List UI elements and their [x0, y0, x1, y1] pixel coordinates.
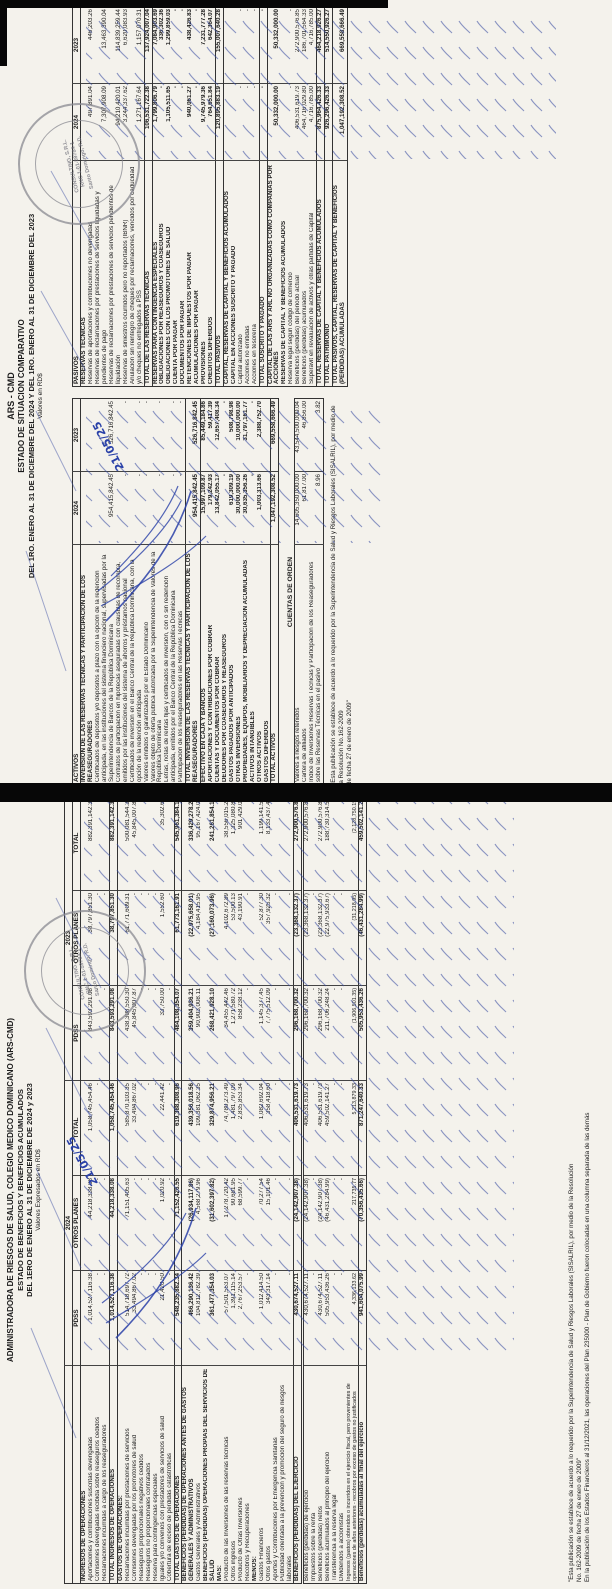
row-label: Participación de los reaseguradores en l…	[178, 545, 185, 785]
total-2023: 35,302.60	[160, 796, 167, 891]
pdss-2023: -	[153, 986, 160, 1081]
footnote-line2: No. 162-2009 de fecha 27 de enero de 200…	[576, 802, 584, 1582]
row-label: RESERVAS DE CAPITAL Y BENEFICIOS ACUMULA…	[281, 161, 288, 387]
cuentas-orden-row: Cartera de afiliados 61,817.00 46,856.00	[302, 399, 309, 785]
pdss-2024	[252, 1271, 259, 1366]
row-label: Dividendos a accionistas	[339, 1366, 346, 1584]
row-label: BENEFICIOS (PERDIDAS) OPERACIONES PROPIA…	[203, 1366, 217, 1584]
otros-2024: -	[167, 1176, 174, 1271]
total-2023: -	[146, 796, 153, 891]
value-2024: 120,895,883.19	[215, 84, 223, 161]
row-label: TOTAL GASTOS DE OPERACIONES	[174, 1366, 182, 1584]
income-row: BENEFICIOS (PERDIDAS) DEL EJERCICIO 430,…	[294, 796, 303, 1584]
income-row: BENEFICIOS (PERDIDAS) DE OPERACIONES ANT…	[182, 796, 196, 1584]
value-2023	[223, 7, 230, 84]
value-2024: -	[116, 472, 130, 545]
value-2023: 4,716,785.00	[309, 7, 316, 84]
value-2023: 114,839,259.44	[109, 7, 123, 84]
pdss-2023: 1,145,377.45	[259, 986, 266, 1081]
value-2023	[264, 399, 271, 472]
income-row: BENEFICIOS (PERDIDAS) OPERACIONES PROPIA…	[203, 796, 217, 1584]
pdss-2024	[118, 1271, 125, 1366]
total-2024: 1,058,745,454.46	[110, 1081, 118, 1176]
activos-col-2023: 2023	[73, 399, 81, 472]
income-row: Comisiones devengadas por los promotores…	[132, 796, 139, 1584]
pdss-2023: 7,775,512.09	[266, 986, 273, 1081]
row-label: TOTAL RESERVAS DE CAPITAL Y BENEFICIOS A…	[317, 161, 325, 387]
total-2023	[118, 796, 125, 891]
pdss-2024: 343,317.14	[266, 1271, 273, 1366]
scan-artifact-separator	[0, 783, 612, 802]
row-label: ACUMULACIONES POR PAGAR	[194, 161, 201, 387]
total-2023: 272,900,576.85	[303, 796, 311, 891]
row-label: Reaseguros proporcionales negativos cedi…	[139, 1366, 146, 1584]
row-label: CUENTA POR PAGAR	[173, 161, 180, 387]
pdss-2023: -	[339, 986, 346, 1081]
cuentas-orden-table: Valores a riesgos retenidos 14,605,350,0…	[294, 398, 324, 785]
row-label: TOTAL INGRESOS DE OPERACIONES	[110, 1366, 118, 1584]
row-label: PROVISIONES	[201, 161, 208, 387]
otros-2024: -	[339, 1176, 346, 1271]
row-label: Beneficios acumulados al principio del e…	[325, 1366, 332, 1584]
pdss-2024: -	[332, 1271, 339, 1366]
total-2023: 459,502,141.27	[359, 796, 367, 891]
otros-2023: -	[146, 891, 153, 986]
activos-row: PROPIEDADES, EQUIPOS, MOBILIARIOS Y DEPR…	[243, 399, 250, 785]
value-2023	[81, 399, 95, 472]
value-2023: -	[151, 399, 165, 472]
pdss-2023: 858,238.12	[238, 986, 245, 1081]
row-label: OTROS ACTIVOS	[257, 545, 264, 785]
value-2024: -	[151, 472, 165, 545]
value-2024: 4,716,785.00	[309, 84, 316, 161]
income-row: MAS:	[217, 796, 224, 1584]
cuentas-orden-row: Índice de Inversiones Reservas Técnicas …	[309, 399, 323, 785]
income-row: Gastos Generales y Administrativos 104,8…	[196, 796, 203, 1584]
row-label: Otros gastos	[266, 1366, 273, 1584]
pdss-2024: -	[311, 1271, 318, 1366]
pasivos-row: TOTAL DE LAS RESERVAS TECNICAS 106,531,7…	[144, 7, 152, 387]
income-row: GASTOS DE OPERACIONES:	[118, 796, 125, 1584]
value-2024: 30,635,356.26	[243, 472, 250, 545]
row-label: CUENTAS Y DOCUMENTOS POR COBRAR	[215, 545, 222, 785]
otros-2024	[252, 1176, 259, 1271]
otros-2023: 357,925.32	[266, 891, 273, 986]
row-label: Comisiones devengadas por los promotores…	[132, 1366, 139, 1584]
value-2023: 508,798.98	[229, 399, 236, 472]
total-2023: 241,261,854.14	[203, 796, 217, 891]
activos-row: Certificados de inversión en el Banco Ce…	[130, 399, 144, 785]
pdss-2024: 430,674,527.11	[318, 1271, 325, 1366]
income-row: Reaseguros proporcionales negativos cedi…	[139, 796, 146, 1584]
row-label: Publicidad orientada a la prevención y p…	[280, 1366, 294, 1584]
total-2024: 329,874,956.21	[203, 1081, 217, 1176]
pasivos-row: RETENCIONES DE IMPUESTOS POR PAGAR 940,0…	[187, 7, 194, 387]
footnote-line1: "Esta publicación se establece de acuerd…	[330, 399, 346, 785]
value-2024: 1,799,806.79	[152, 84, 159, 161]
activos-row: OTROS ACTIVOS 1,003,313.66 2,388,752.70	[257, 399, 264, 785]
row-label: Aportes y Contribuciones por Emergencia …	[273, 1366, 280, 1584]
value-2024: -	[164, 472, 178, 545]
total-2024: -	[102, 1081, 109, 1176]
row-label: Iguales y/o convenios con prestadores de…	[160, 1366, 167, 1584]
scan-artifact-top	[0, 0, 388, 8]
total-2023: 882,391,142.38	[88, 796, 95, 891]
total-2024: 5,213,879.33	[346, 1081, 359, 1176]
value-2023: 6,620,083.93	[123, 7, 130, 84]
pdss-2024: -	[102, 1271, 109, 1366]
pasivos-row: Acciones no emitidas - -	[245, 7, 252, 387]
pdss-2024: -	[167, 1271, 174, 1366]
otros-2023: (31,218.95)	[346, 891, 359, 986]
footnote-line2: de fecha 27 de enero de 2009"	[346, 399, 354, 785]
value-2024: -	[250, 472, 257, 545]
activos-row: ACTIVOS INTANGIBLES - -	[250, 399, 257, 785]
balance-sheet-page: ARS - CMD ESTADO DE SITUACION COMPARATIV…	[6, 1, 606, 791]
pdss-2023: 211,706,248.24	[325, 986, 332, 1081]
income-row: Producto de Otras Inversiones 2,767,253.…	[238, 796, 245, 1584]
pdss-2023: -	[311, 986, 318, 1081]
row-label: Reserva para contingencias especiales	[153, 1366, 160, 1584]
otros-2024	[81, 1176, 88, 1271]
total-2024: -	[167, 1081, 174, 1176]
otros-2024: 71,152,426.55	[174, 1176, 182, 1271]
value-2023: -	[222, 399, 229, 472]
pdss-2024: 33,494,867.02	[132, 1271, 139, 1366]
pdss-2024: -	[95, 1271, 102, 1366]
pasivos-row: ACUMULACIONES POR PAGAR - -	[194, 7, 201, 387]
row-label: EFECTIVO EN CAJA Y BANCOS	[201, 545, 208, 785]
value-2024: 940,061.27	[187, 84, 194, 161]
pdss-2024: -	[146, 1271, 153, 1366]
otros-2023: 61,773,161.91	[174, 891, 182, 986]
value-2023	[281, 7, 288, 84]
value-2024: 50,332,000.00	[267, 84, 281, 161]
total-2024: -	[153, 1081, 160, 1176]
company-name: ADMINISTRADORA DE RIESGOS DE SALUD, COLE…	[6, 792, 16, 1588]
total-2024: 619,388,308.96	[174, 1081, 182, 1176]
activos-row: APORTACIONES Y CONTRIBUCIONES POR COBRAR…	[208, 399, 215, 785]
value-2023: 31,797,161.77	[243, 399, 250, 472]
row-label: Ingresos (gastos) obtenidos o incurridos…	[346, 1366, 359, 1584]
row-label: PROPIEDADES, EQUIPOS, MOBILIARIOS Y DEPR…	[243, 545, 250, 785]
income-row: Producto de las Inversiones de las reser…	[224, 796, 231, 1584]
total-2023: 38,556,015.27	[224, 796, 231, 891]
pasivos-row: Acciones en tesorería - -	[252, 7, 259, 387]
otros-2024	[217, 1176, 224, 1271]
value-2024: 13,842,055.17	[215, 472, 222, 545]
value-2023: 10,000,000.00	[236, 399, 243, 472]
accumulated-row: Transferencia a la reserva legal - - - -…	[332, 796, 339, 1584]
income-row: Aportes y Contribuciones por Emergencia …	[273, 796, 280, 1584]
pasivos-row: PROVISIONES 9,745,979.36 7,231,777.28	[201, 7, 208, 387]
activos-header-row: ACTIVOS 2024 2023	[73, 399, 81, 785]
row-label: Acciones no emitidas	[245, 161, 252, 387]
value-2023: -	[238, 7, 245, 84]
pdss-2023: 34,455,442.46	[224, 986, 231, 1081]
pasivos-row: Superávit en revaluación de activos y ot…	[309, 7, 316, 387]
value-2024: 954,415,842.45	[186, 472, 201, 545]
row-label: Reclamaciones incurridas a cargo de los …	[102, 1366, 109, 1584]
total-2023: -	[311, 796, 318, 891]
otros-2023: 4,184,415.95	[196, 891, 203, 986]
value-2023: 85,449,184.86	[201, 399, 208, 472]
accumulated-row: Ingresos (gastos) obtenidos o incurridos…	[346, 796, 359, 1584]
row-label: CAPITAL EN ACCIONES SUSCRITO Y PAGADO	[231, 161, 238, 387]
row-label: DEUDORES POR COASEGUROS Y REASEGUROS	[222, 545, 229, 785]
income-row: Reaseguros no proporcionales contratados…	[146, 796, 153, 1584]
pdss-2023: 268,421,928.10	[203, 986, 217, 1081]
row-label: BENEFICIOS (PERDIDAS) DEL EJERCICIO	[294, 1366, 303, 1584]
row-label: MAS:	[217, 1366, 224, 1584]
total-2024: -	[273, 1081, 280, 1176]
value-2024: -	[178, 472, 185, 545]
otros-2023: 43,190.91	[238, 891, 245, 986]
value-2024: 61,817.00	[302, 472, 309, 545]
value-2023: 2,388,752.70	[257, 399, 264, 472]
footnote-line3: En la publicación de los Estados Financi…	[584, 802, 592, 1582]
total-2024: -	[95, 1081, 102, 1176]
value-2024: 1,047,192,308.52	[271, 472, 279, 545]
value-2023: 1,299,859.03	[166, 7, 173, 84]
total-2024: 439,356,018.56	[182, 1081, 196, 1176]
total-2023: -	[102, 796, 109, 891]
value-2023: -	[180, 7, 187, 84]
value-2024: -	[180, 84, 187, 161]
otros-2024: 44,218,338.08	[88, 1176, 95, 1271]
row-label: Certificados de inversión en el Banco Ce…	[130, 545, 144, 785]
otros-2023: (23,368,132.37)	[303, 891, 311, 986]
total-2023: 1,325,080.85	[231, 796, 238, 891]
pasivos-row: Capital autorizado - -	[238, 7, 245, 387]
statement-title: ESTADO DE BENEFICIOS Y BENEFICIOS ACUMUL…	[16, 792, 25, 1588]
total-2023: 545,961,384.18	[174, 796, 182, 891]
total-2024: 585,870,103.35	[125, 1081, 132, 1176]
row-label: Cobertura de exceso de pérdidas catastró…	[167, 1366, 174, 1584]
total-2023: -	[245, 796, 252, 891]
row-label: DOCUMENTOS POR PAGAR	[180, 161, 187, 387]
pdss-2024: 1,391,115.14	[231, 1271, 238, 1366]
value-2024: 464,716,029.80	[302, 84, 309, 161]
otros-2024: 70,277.54	[259, 1176, 266, 1271]
value-2024: -	[222, 472, 229, 545]
income-row: Recobros y Recuperaciones - - - - - -	[245, 796, 252, 1584]
pasivos-row: RESERVAS DE CAPITAL Y BENEFICIOS ACUMULA…	[281, 7, 288, 387]
pdss-2024: 430,674,527.11	[294, 1271, 303, 1366]
value-2023: 1,157,070.31	[130, 7, 144, 84]
row-label: Valores a riesgos retenidos	[295, 545, 302, 785]
value-2023: 7,084,903.69	[152, 7, 159, 84]
value-2023: 7,231,777.28	[201, 7, 208, 84]
activos-row: GASTOS DIFERIDOS	[264, 399, 271, 785]
row-label: Letras, notas de rentas fijas y certific…	[164, 545, 178, 785]
otros-2024: -	[311, 1176, 318, 1271]
accumulated-row: Beneficios (perdidas) netos 430,674,527.…	[318, 796, 325, 1584]
total-2023: -	[167, 796, 174, 891]
row-label: Aportaciones y contribuciones suscritas …	[88, 1366, 95, 1584]
income-row: Gastos Financieros 1,012,414.50 70,277.5…	[259, 796, 266, 1584]
otros-2024	[118, 1176, 125, 1271]
accumulated-row: Beneficios acumulados al principio del e…	[325, 796, 332, 1584]
value-2023: 438,426.83	[187, 7, 194, 84]
row-label: Reclamaciones incurridas por prestacione…	[125, 1366, 132, 1584]
pdss-2024: -	[339, 1271, 346, 1366]
pasivos-row: Anulación sin reintegro de cheques por r…	[130, 7, 144, 387]
pdss-2023: 484,108,354.07	[174, 986, 182, 1081]
otros-2024: 15,101.46	[266, 1176, 273, 1271]
page2-header: ADMINISTRADORA DE RIESGOS DE SALUD, COLE…	[6, 792, 43, 1588]
total-2024: 406,531,619.73	[294, 1081, 303, 1176]
value-2024: 8.96	[309, 472, 323, 545]
otros-2023: -	[245, 891, 252, 986]
pdss-2023: -	[167, 986, 174, 1081]
row-label: Valores emitidos o garantizados por el E…	[144, 545, 151, 785]
value-2024	[223, 84, 230, 161]
value-2023: 186,701,564.33	[302, 7, 309, 84]
total-2024: -	[339, 1081, 346, 1176]
total-2023: -	[273, 796, 280, 891]
total-2023: 272,900,576.85	[294, 796, 303, 891]
value-2023: 526,716,842.45	[186, 399, 201, 472]
value-2023: 464,218,926.27	[317, 7, 325, 84]
pasivos-row: CAPITAL DE LAS ARS Y ARL NO ORGANIZADAS …	[267, 7, 281, 387]
row-label: CAPITAL, RESERVAS DE CAPITAL Y BENEFICIO…	[223, 161, 230, 387]
otros-2024: (46,431,284.99)	[325, 1176, 332, 1271]
row-label: Índice de Inversiones Reservas Técnicas …	[309, 545, 323, 785]
total-2024: 871,247,640.33	[359, 1081, 367, 1176]
row-label: RESERVAS PARA CONTINGENCIA ESPECIALES	[152, 161, 159, 387]
value-2024	[264, 472, 271, 545]
pdss-2024: -	[153, 1271, 160, 1366]
pdss-2023: -	[332, 986, 339, 1081]
value-2024: -	[238, 84, 245, 161]
otros-2023: (23,368,132.37)	[318, 891, 325, 986]
cuentas-orden-title: CUENTAS DE ORDEN	[287, 399, 294, 785]
row-label: GASTOS DE OPERACIONES:	[118, 1366, 125, 1584]
income-row: Cobertura de exceso de pérdidas catastró…	[167, 796, 174, 1584]
value-2024: -	[252, 84, 259, 161]
row-label: Capital autorizado	[238, 161, 245, 387]
row-label: TOTAL PATRIMONIO	[325, 161, 333, 387]
income-statement-page: ADMINISTRADORA DE RIESGOS DE SALUD, COLE…	[6, 792, 606, 1588]
pdss-2024: 104,812,782.39	[196, 1271, 203, 1366]
pdss-2024: -	[139, 1271, 146, 1366]
accumulated-row: Impuestos sobre la renta - - - - - -	[311, 796, 318, 1584]
row-label: Cartera de afiliados	[302, 545, 309, 785]
row-label: Beneficios (perdidas) netos	[318, 1366, 325, 1584]
otros-2024: 17,278,720.42	[224, 1176, 231, 1271]
value-2023: 642,364.07	[208, 7, 215, 84]
total-2024: 74,780,273.49	[224, 1081, 231, 1176]
value-2023: -	[259, 7, 267, 84]
row-label: Producto de Otras Inversiones	[238, 1366, 245, 1584]
otros-2023: -	[311, 891, 318, 986]
row-label: INVERSION DE LAS RESERVAS TECNICAS Y PAR…	[81, 545, 95, 785]
value-2024	[281, 84, 288, 161]
pdss-2023: 296,168,700.32	[318, 986, 325, 1081]
otros-2024: -	[332, 1176, 339, 1271]
value-2023: -	[130, 399, 144, 472]
row-label: Superávit en revaluación de activos y ot…	[309, 161, 316, 387]
value-2024: -	[194, 84, 201, 161]
activos-row: TOTAL ACTIVOS 1,047,192,308.52 669,558,6…	[271, 399, 279, 785]
row-label: OBLIGACIONES CON LOS PROMOTORES DE SALUD	[166, 161, 173, 387]
row-label: Impuestos sobre la renta	[311, 1366, 318, 1584]
income-row: Otros gastos 343,317.14 15,101.46 358,41…	[266, 796, 273, 1584]
otros-2024: (26,934,117.86)	[182, 1176, 196, 1271]
pdss-2024: 941,604,075.99	[359, 1271, 367, 1366]
pdss-2023: -	[273, 986, 280, 1081]
row-label: TOTAL DE LAS RESERVAS TECNICAS	[144, 161, 152, 387]
activos-section-title: ACTIVOS	[73, 545, 81, 785]
otros-2024: (70,356,435.66)	[359, 1176, 367, 1271]
row-label: ACTIVOS INTANGIBLES	[250, 545, 257, 785]
pasivos-row: DOCUMENTOS POR PAGAR - -	[180, 7, 187, 387]
total-2023: 500,081,544.38	[125, 796, 132, 891]
income-row: Publicidad orientada a la prevención y p…	[280, 796, 294, 1584]
otros-2023: 53,500.13	[231, 891, 238, 986]
value-2024: 9,745,979.36	[201, 84, 208, 161]
otros-2023: 4,102,672.89	[224, 891, 231, 986]
otros-2023: (23,368,132.37)	[294, 891, 303, 986]
otros-2023: (22,975,658.01)	[182, 891, 196, 986]
value-2023: -	[173, 7, 180, 84]
row-label: Producto de las Inversiones de las reser…	[224, 1366, 231, 1584]
row-label: Beneficios (perdidas) de ejercicio	[303, 1366, 311, 1584]
value-2023: -	[288, 7, 295, 84]
row-label: TOTAL PASIVOS	[215, 161, 223, 387]
income-row: Iguales y/o convenios con prestadores de…	[160, 796, 167, 1584]
value-2023: 13,463,390.04	[95, 7, 109, 84]
value-2024	[81, 472, 95, 545]
row-label: Beneficios (perdidas) del periodo actual	[295, 161, 302, 387]
pdss-2024: 21,420.50	[160, 1271, 167, 1366]
total-2024: 22,441.42	[160, 1081, 167, 1176]
row-label: Beneficios (perdidas) acumulados	[302, 161, 309, 387]
value-2023: -	[178, 399, 185, 472]
total-2024: 358,418.60	[266, 1081, 273, 1176]
otros-2024: -	[102, 1176, 109, 1271]
activos-table: ACTIVOS 2024 2023 INVERSION DE LAS RESER…	[72, 398, 279, 785]
otros-2023: -	[167, 891, 174, 986]
pasivos-row: CAPITAL EN ACCIONES SUSCRITO Y PAGADO	[231, 7, 238, 387]
row-label: CREDITOS DIFERIDOS	[208, 161, 215, 387]
value-2023: -	[144, 399, 151, 472]
otros-2023: -	[273, 891, 280, 986]
value-2024: -	[159, 84, 166, 161]
value-2024: 764,651.84	[208, 84, 215, 161]
otros-2024: (24,142,907.38)	[303, 1176, 311, 1271]
pdss-2024: -	[273, 1271, 280, 1366]
pasivos-row: TOTAL PATRIMONIO 926,296,426.33 514,550,…	[325, 7, 333, 387]
accumulated-row: Beneficios (perdidas) acumuladas al fina…	[359, 796, 367, 1584]
value-2023: 59,417.39	[208, 399, 215, 472]
row-label: GASTOS DIFERIDOS	[264, 545, 271, 785]
col-otros-2024: OTROS PLANES	[73, 1176, 81, 1271]
otros-2024: 1,020.92	[160, 1176, 167, 1271]
value-2024: -	[130, 472, 144, 545]
row-label: Transferencia a la reserva legal	[332, 1366, 339, 1584]
total-2024: 459,502,141.27	[325, 1081, 332, 1176]
pdss-2023: 33,750.00	[160, 986, 167, 1081]
otros-2023	[252, 891, 259, 986]
otros-2024: -	[132, 1176, 139, 1271]
pasivos-row: Reserva legal según código de comercio -…	[288, 7, 295, 387]
value-2023: 46,856.00	[302, 399, 309, 472]
activos-row: CUENTAS Y DOCUMENTOS POR COBRAR 13,842,0…	[215, 399, 222, 785]
total-2023	[81, 796, 88, 891]
otros-2024: -	[153, 1176, 160, 1271]
